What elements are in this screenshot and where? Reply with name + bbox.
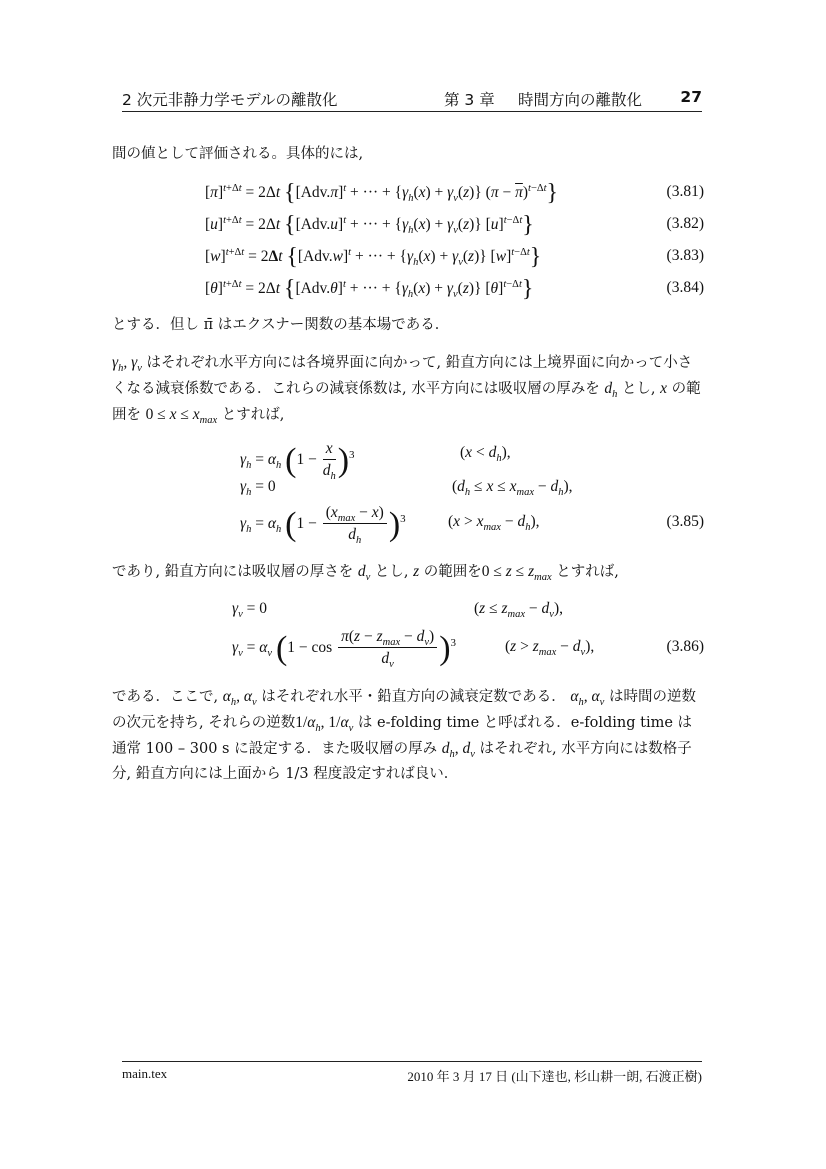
equation-3-86-row-2: γv = αv (1 − cos π(z − zmax − dv)dv)3 [232, 628, 456, 669]
gamma-paragraph-text-2: とし, [622, 381, 656, 397]
equation-3-86-condition-1: (z ≤ zmax − dv), [474, 600, 563, 618]
equation-3-83: [w]t+Δt = 2Δt {[Adv.w]t + ··· + {γh(x) +… [205, 244, 541, 271]
document-page: 2 次元非静力学モデルの離散化 第 3 章 時間方向の離散化 27 間の値として… [0, 0, 826, 1169]
vertical-paragraph-text-1: であり, 鉛直方向には吸収層の厚さを [112, 564, 353, 580]
chapter-label: 第 3 章 [444, 88, 495, 110]
equation-3-85-condition-2: (dh ≤ x ≤ xmax − dh), [452, 478, 573, 496]
gamma-paragraph: γh, γv はそれぞれ水平方向には各境界面に向かって, 鉛直方向には上境界面に… [112, 350, 704, 428]
equation-number: (3.83) [667, 247, 704, 265]
equation-3-86-condition-2: (z > zmax − dv), [505, 638, 594, 656]
equation-3-85-condition-1: (x < dh), [460, 444, 511, 462]
page-number: 27 [680, 88, 702, 106]
equation-3-85-row-3: γh = αh (1 − (xmax − x)dh)3 [240, 504, 406, 545]
equation-number: (3.81) [667, 183, 704, 201]
running-header: 2 次元非静力学モデルの離散化 第 3 章 時間方向の離散化 27 [122, 88, 702, 112]
equation-3-84: [θ]t+Δt = 2Δt {[Adv.θ]t + ··· + {γh(x) +… [205, 276, 533, 303]
vertical-paragraph: であり, 鉛直方向には吸収層の厚さを dv とし, z の範囲を0 ≤ z ≤ … [112, 560, 704, 584]
equation-number: (3.85) [667, 513, 704, 531]
equation-number: (3.86) [667, 638, 704, 656]
gamma-paragraph-text-4: とすれば, [222, 407, 285, 423]
equation-number: (3.84) [667, 279, 704, 297]
equation-number: (3.82) [667, 215, 704, 233]
equation-3-82: [u]t+Δt = 2Δt {[Adv.u]t + ··· + {γh(x) +… [205, 212, 534, 239]
footer-filename: main.tex [122, 1066, 167, 1082]
equation-3-85-row-2: γh = 0 [240, 478, 276, 496]
equation-3-86-row-1: γv = 0 [232, 600, 267, 618]
equation-3-85-condition-3: (x > xmax − dh), [448, 513, 540, 531]
alpha-paragraph-text-2: はそれぞれ水平・鉛直方向の減衰定数である． [261, 689, 566, 705]
footer-rule [122, 1061, 702, 1062]
chapter-title: 時間方向の離散化 [518, 88, 642, 110]
equation-3-81: [π]t+Δt = 2Δt {[Adv.π]t + ··· + {γh(x) +… [205, 180, 558, 207]
running-title: 2 次元非静力学モデルの離散化 [122, 88, 338, 110]
header-rule [122, 111, 702, 112]
equation-3-85-row-1: γh = αh (1 − xdh)3 [240, 440, 355, 481]
vertical-paragraph-text-4: とすれば, [556, 564, 619, 580]
alpha-paragraph: である．ここで, αh, αv はそれぞれ水平・鉛直方向の減衰定数である． αh… [112, 684, 704, 787]
footer-date-authors: 2010 年 3 月 17 日 (山下達也, 杉山耕一朗, 石渡正樹) [407, 1066, 702, 1085]
alpha-paragraph-text-1: である．ここで, [112, 689, 218, 705]
vertical-paragraph-text-3: の範囲を [424, 564, 482, 580]
vertical-paragraph-text-2: とし, [375, 564, 409, 580]
pi-bar-note: とする．但し π̄ はエクスナー関数の基本場である． [112, 314, 704, 337]
intro-paragraph: 間の値として評価される。具体的には, [112, 143, 704, 166]
